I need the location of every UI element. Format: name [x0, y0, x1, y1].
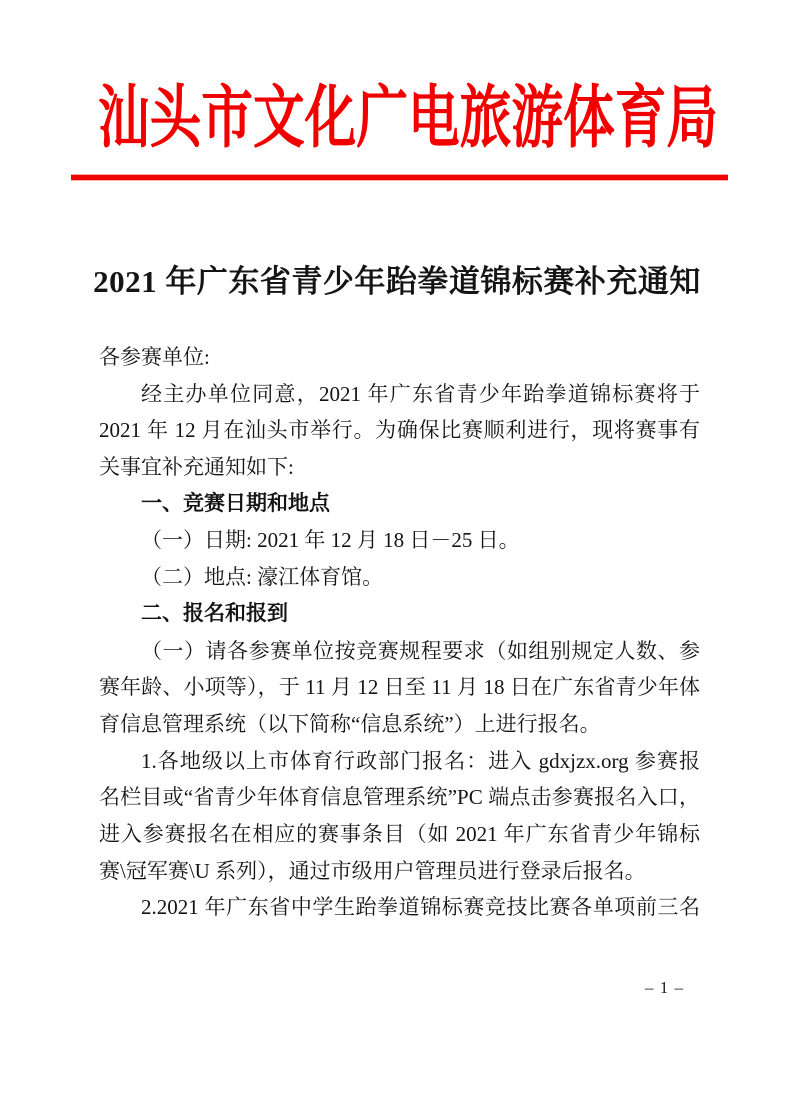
body-line: 各参赛单位: [99, 339, 700, 376]
body-line: （一）日期: 2021 年 12 月 18 日－25 日。 [99, 522, 700, 559]
body-line: （一）请各参赛单位按竞赛规程要求（如组别规定人数、参 [99, 633, 700, 670]
body-line: 赛\冠军赛\U 系列），通过市级用户管理员进行登录后报名。 [99, 853, 700, 890]
red-rule-divider [71, 174, 728, 181]
page-number: – 1 – [645, 978, 684, 998]
body-line: 育信息管理系统（以下简称“信息系统”）上进行报名。 [99, 706, 700, 743]
body-line: 1.各地级以上市体育行政部门报名：进入 gdxjzx.org 参赛报 [99, 743, 700, 780]
org-title: 汕头市文化广电旅游体育局 [98, 82, 718, 155]
body-line: 进入参赛报名在相应的赛事条目（如 2021 年广东省青少年锦标 [99, 816, 700, 853]
body-line: 经主办单位同意，2021 年广东省青少年跆拳道锦标赛将于 [99, 376, 700, 413]
body-line: 赛年龄、小项等），于 11 月 12 日至 11 月 18 日在广东省青少年体 [99, 669, 700, 706]
document-title: 2021 年广东省青少年跆拳道锦标赛补充通知 [0, 260, 794, 304]
document-page: 汕头市文化广电旅游体育局 2021 年广东省青少年跆拳道锦标赛补充通知 各参赛单… [0, 0, 794, 1108]
letterhead: 汕头市文化广电旅游体育局 [0, 82, 794, 155]
body-line: （二）地点: 濠江体育馆。 [99, 559, 700, 596]
body-line: 2.2021 年广东省中学生跆拳道锦标赛竞技比赛各单项前三名 [99, 889, 700, 926]
body-line: 名栏目或“省青少年体育信息管理系统”PC 端点击参赛报名入口， [99, 779, 700, 816]
document-body: 各参赛单位:经主办单位同意，2021 年广东省青少年跆拳道锦标赛将于2021 年… [99, 339, 700, 926]
body-line: 2021 年 12 月在汕头市举行。为确保比赛顺利进行，现将赛事有 [99, 412, 700, 449]
body-line: 二、报名和报到 [99, 596, 700, 633]
body-line: 关事宜补充通知如下: [99, 449, 700, 486]
body-line: 一、竞赛日期和地点 [99, 486, 700, 523]
